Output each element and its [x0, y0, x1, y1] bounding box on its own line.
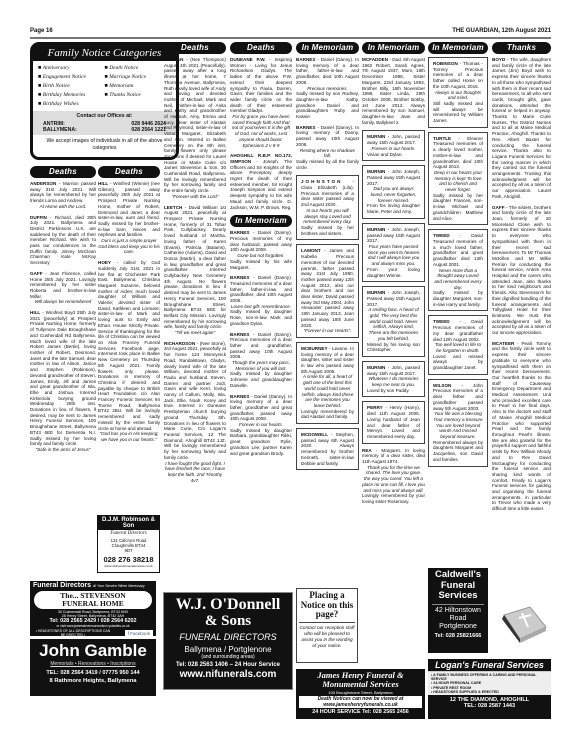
notice-text: - Margaret. In loving memory of a dear s… [362, 448, 425, 464]
notice-signoff: Sadly missed by daughter Barbara, grandd… [230, 428, 292, 456]
notice-name: TURTLE [433, 136, 451, 141]
stevenson-funeral-ad: Funeral Directors At Your Service When N… [30, 581, 156, 636]
notice-signoff: Still sadly missed and will always be re… [433, 101, 483, 123]
notice: BOYD - The wife, daughters and family ci… [492, 57, 551, 200]
notice-name: MURNIN [367, 227, 385, 232]
notice: MURNIN - John Joseph, passed away 15th A… [362, 223, 425, 282]
notice: REA - Margaret. In loving memory of a de… [362, 448, 425, 505]
notice: GAFF - The sisters, brothers and family … [492, 205, 551, 336]
header-rule [30, 37, 551, 39]
notice-signoff: Sadly missed by her daughter Frances, so… [433, 193, 483, 221]
section-heading-deaths: Deaths [230, 42, 292, 54]
notice-verse: Resting where no shadows fall. [296, 148, 359, 159]
notice-text: - Stephen, passed away 6th August 2020. … [301, 432, 354, 466]
notice: MCFADDEN - Dad, 6th August 1962 Robert, … [362, 57, 425, 125]
notice-text: - Henry (Harry), died 11th August 2005. … [367, 405, 420, 439]
ad-phone: TEL: 028 2564 3419 / 07775 950 144 [30, 670, 156, 676]
notice-signoff: Loved and missed always by granddaughter… [433, 354, 483, 370]
category-item: Anniversary [38, 65, 105, 71]
notice-verse: Too well loved in life to be forgotten i… [433, 342, 483, 353]
newspaper-page: Page 16 THE GUARDIAN, 12th August 2021 F… [30, 28, 551, 678]
deaths-column-3: Deaths JORDAN - (Nee Thompson) August 4t… [164, 42, 226, 587]
notice: BARNES - Daniel (Danny). Treasured memor… [230, 275, 292, 326]
notice: MURNIN - John, passed away 15th August 2… [362, 130, 425, 161]
notice-verse: Thank you for the time we shared. The lo… [362, 465, 425, 494]
notice-text: - The sisters, brothers and family circl… [492, 205, 551, 335]
john-gamble-ad: John Gamble Memorials • Renovations • In… [30, 639, 156, 696]
notice-verse: "Forever in our Hearts". [301, 328, 354, 334]
notice-text: - (Nee Stone), 3rd August 2021, peaceful… [164, 341, 226, 460]
ad-title: Services [432, 591, 484, 605]
notice-name: BARNES [230, 275, 249, 280]
category-item: Death Notice [105, 65, 172, 71]
notice-verse: Though the years may pass, Memories of y… [230, 360, 292, 371]
ad-website: www.nifunerals.com [164, 669, 292, 680]
notice-signoff: Missed by his loving son Christopher. [367, 342, 420, 353]
section-heading-deaths: Deaths [30, 166, 96, 178]
notice-verse: Always in our thoughts and mind. [433, 90, 483, 101]
notice-name: MURNIN [367, 169, 385, 174]
notice-name: HILL [98, 181, 108, 186]
notice-name: MURNIN [367, 365, 385, 370]
ad-services: Memorials • Renovations • Inscriptions [30, 661, 156, 667]
notice-name: HOEY [98, 260, 111, 265]
memoriam-column-5: In Memoriam BARNES - Daniel (Danny). In … [296, 42, 359, 587]
ad-tagline: At Your Service When Necessary [93, 584, 145, 588]
notice-name: MURNIN [367, 290, 385, 295]
notice-text: - Inspiring Women - Living for Jesus Ric… [230, 57, 292, 113]
ad-website: www.jameshenryfunerals.co.uk [299, 702, 422, 708]
odonnell-funeral-ad: W.J. O'Donnell & Sons FUNERAL DIRECTORS … [163, 592, 293, 690]
notice: HOEY - called by God suddenly July 31st,… [98, 260, 160, 443]
ad-title: Monumental Services [296, 680, 425, 689]
notice-verse: Dad you are always loved, never forgotte… [367, 186, 420, 203]
section-heading-memoriam: In Memoriam [362, 42, 425, 54]
ad-address: Portglenone [428, 623, 488, 631]
notice-verse: Four years have passed since you went to… [367, 244, 420, 267]
notice-verse: "God has you in His keeping; we have you… [98, 431, 160, 442]
ad-address: Road [428, 615, 488, 623]
section-heading-deaths: Deaths [98, 166, 160, 178]
notice: MCDOWELL - Stephen, passed away 6th Augu… [296, 428, 359, 470]
ad-note: • HEADSTONES OF ALL DESCRIPTIONS CAN BE … [33, 629, 113, 636]
notice-name: GAFF [492, 205, 505, 210]
bible-icon [500, 605, 550, 645]
notice-name: BARNES [230, 332, 249, 337]
ad-phone: Tel: 028 25821666 [428, 633, 488, 639]
notice: MURNIN - John, passed away 15th August 2… [362, 361, 425, 398]
caldwell-funeral-ad: Caldwell's Funeral Services 42 Hiltonsto… [428, 568, 488, 653]
notice-name: PERRY [367, 405, 383, 410]
notice-name: ROBINSON [433, 61, 458, 66]
notice-name: MCDOWELL [301, 432, 328, 437]
ad-website: www.robinsonsfuneralservices.co.uk [98, 564, 159, 568]
notice: MCATEER - Pearl. Tommy and the family ci… [492, 341, 551, 512]
notice-verse: "Safe in the arms of Jesus" [30, 447, 96, 453]
notice-signoff: Loved by son Paddy. [367, 388, 410, 393]
publication-date: THE GUARDIAN, 12th August 2021 [452, 28, 551, 34]
notice-name: HILL [30, 310, 40, 315]
notice-verse: Will always be remembered [30, 299, 96, 305]
notice: LAMONT - James and Isabella Precious mem… [296, 244, 359, 338]
ad-phone: 24 HOUR SERVICE Tel: 028 2565 2456 [296, 709, 425, 715]
notice-verse: In our hearts you will always stay Loved… [301, 208, 354, 225]
notice-name: BOYD [492, 57, 505, 62]
notice-name: BARNES [296, 125, 315, 130]
notice: ROBINSON - Thomas - Tommy Precious memor… [428, 57, 488, 128]
notice-text: - called by God suddenly July 31st, 2021… [98, 260, 160, 430]
notice: BARNES - Daniel (Danny). In loving memor… [230, 394, 292, 457]
placing-text: Contact our reception staff who will be … [299, 625, 355, 649]
notice: GAFF - Jean Florence, called Home 25th J… [30, 271, 96, 305]
family-notice-categories: Family Notice Categories Anniversary Dea… [30, 42, 179, 160]
ad-title: John Gamble [30, 641, 156, 661]
notice-text: - James and Isabella Precious memories o… [301, 248, 354, 327]
notice-text: - Dad, 6th August 1962 Robert, Sarah Agn… [362, 57, 425, 125]
notice-name: MCATEER [492, 341, 514, 346]
notice-text: - Eleanor Treasured memories of a dearly… [433, 136, 483, 170]
notice-verse: A smiling face, A heart of gold, The ver… [367, 307, 420, 341]
placing-notice-box: Placing a Notice on this page? Contact o… [296, 588, 358, 663]
ad-title: D.J.M. Robinson & Son [98, 516, 159, 530]
notice-signoff: From his loving daughter Marie, Peter an… [367, 203, 420, 214]
ad-service-list: • A FAMILY BUSINESS OFFERING A CARING AN… [428, 672, 551, 695]
notice-signoff: From your loving daughter Winnie. [367, 267, 420, 278]
notice-name: JORDAN [164, 57, 183, 62]
ad-name-line: FUNERAL HOME [34, 600, 152, 608]
contact-offices: Contact our Offices at: ANTRIM:028 9446 … [33, 111, 176, 135]
notice-name: MCFADDEN [362, 57, 388, 62]
deaths-column-1: Deaths ANDERSON - Marrion passed away 31… [30, 166, 96, 458]
category-item: Birth Notice [38, 83, 105, 89]
notice-signoff: Remembered always by daughters Margaret … [433, 440, 483, 462]
notice-verse: For by grace you have been saved through… [230, 114, 292, 148]
notice: WILSON - John Precious memories of a dea… [428, 379, 488, 467]
notice: DUFFIN - Richard, died 30th July 2021. B… [30, 215, 96, 266]
notice-text: - David William 1st August 2021, peacefu… [164, 205, 226, 330]
notice-signoff: Sadly missed by all the family circle. [296, 159, 359, 170]
notice: ANDERSON - Marrion passed away 31st July… [30, 181, 96, 210]
notice: LEETCH - David William 1st August 2021, … [164, 205, 226, 336]
category-item: Birthday Memories [38, 92, 105, 98]
ad-address: 42 Hiltonstown [428, 607, 488, 615]
notice: BARNES - Daniel (Danny). Precious memori… [230, 230, 292, 270]
notice: AHOGHILL R.B.P. NO.173. SIMPSON - Joseph… [230, 153, 292, 210]
category-item: Thanks Notice [105, 92, 172, 98]
notice-verse: Whatever I do memories keep me near to y… [367, 376, 420, 387]
contact-title: Contact our Offices at: [43, 113, 166, 119]
notice-name: JOHNSTON [301, 179, 342, 184]
notice: TURTLE - Eleanor Treasured memories of a… [428, 132, 488, 226]
notice-name: DUFFIN [30, 215, 47, 220]
page-number: Page 16 [30, 28, 53, 34]
facebook-label: Facebook [130, 631, 150, 636]
notice-name: LEETCH [164, 205, 182, 210]
notice-signoff: Sadly missed by her brothers and sisters… [301, 225, 354, 236]
accept-images-note: We accept images of individuals in all o… [38, 138, 171, 151]
notice-name: TWEED [433, 233, 450, 238]
notice-verse: I have fought the good fight, I have fin… [164, 461, 226, 484]
ad-phone: 028 276 38218 [98, 555, 159, 564]
ad-banner: Funeral Directors [33, 582, 91, 589]
notice: BARNES - Daniel (Danny). Precious memori… [230, 332, 292, 389]
notice-signoff: Sadly missed by daughter Margaret, son-i… [433, 290, 483, 306]
notice: JORDAN - (Nee Thompson) August 4th 2021 … [164, 57, 226, 200]
notice-name: REA [362, 448, 372, 453]
notice-text: - Joseph. The Officers and Sir Knights o… [230, 159, 292, 210]
thanks-column: Thanks BOYD - The wife, daughters and fa… [492, 42, 551, 572]
notice-name: MCBURNEY [301, 346, 328, 351]
notice-signoff: Lovingly remembered by your loving siste… [362, 493, 425, 504]
deaths-memoriam-column-4: Deaths DUNEANE P.W. - Inspiring Women - … [230, 42, 292, 587]
notice-signoff: Sadly missed by his wife Margaret. [230, 259, 292, 270]
notice: RICHARDSON - (Nee Stone), 3rd August 202… [164, 341, 226, 484]
memoriam-column-7: In Memoriam ROBINSON - Thomas - Tommy Pr… [428, 42, 488, 562]
notice-name: GAFF [30, 271, 43, 276]
ad-title: W.J. O'Donnell [164, 596, 292, 613]
notice-text: - Richard, died 30th July 2021. Ballymen… [30, 215, 96, 266]
notice: MURNIN - John Joseph, Passed away 15th A… [362, 165, 425, 219]
section-heading-deaths: Deaths [164, 42, 226, 54]
notice-name: ANDERSON [30, 181, 56, 186]
robinson-funeral-ad: D.J.M. Robinson & Son Funeral Directors … [97, 515, 160, 573]
ad-address: 8 Rathmore Heights, Ballymena [30, 678, 156, 684]
notice-name: DUNEANE P.W. [230, 57, 266, 62]
notice-signoff: Lovingly remembered by dad Alastair and … [301, 409, 354, 420]
notice-name: TWEED [433, 319, 450, 324]
notice: PERRY - Henry (Harry), died 11th August … [362, 401, 425, 443]
notice: BARNES - Daniel (Danny). In loving memor… [296, 57, 359, 120]
notice-signoff: Sadly missed by son Rodney, daughter-in-… [296, 91, 359, 119]
notice: HILL - Winifred (Winnie) (nee Gibson), p… [98, 181, 160, 255]
ad-subtitle: FUNERAL DIRECTORS [164, 632, 292, 642]
categories-title: Family Notice Categories [33, 45, 176, 61]
notice-verse: Deep in our hearts your memory is kept T… [433, 170, 483, 193]
ad-area-note: (and surrounding areas) [164, 654, 292, 660]
notice: HILL - Winifred Boyd 25th July 2021 (pea… [30, 310, 96, 453]
notice-signoff: Vivian and Dylan. [367, 152, 403, 157]
notice-verse: At Home with the Lord. [30, 204, 96, 210]
notice-text: - Pearl. Tommy and the family circle wis… [492, 341, 551, 511]
notice: JOHNSTON - Clara Elizabeth (Lila). Preci… [296, 175, 359, 240]
notice-verse: Your life was a blessing Your memory a t… [433, 411, 483, 440]
memoriam-column-6: In Memoriam MCFADDEN - Dad, 6th August 1… [362, 42, 425, 590]
notice-signoff: Sadly missed by daughter Johnene and gra… [230, 371, 292, 387]
category-item: Engagement Notice [38, 74, 105, 80]
ad-area: Ballymena / Portglenone [164, 645, 292, 654]
notice-signoff: Sadly missed by daughter Rose, son-in-la… [230, 309, 292, 325]
notice-name: MURNIN [367, 134, 385, 139]
notice-text: - David Treasured memories of a much lov… [433, 233, 483, 267]
notice: MCBURNEY - Leanne. In loving memory of a… [296, 342, 359, 424]
notice-name: LAMONT [301, 248, 321, 253]
category-item: Memoriam [105, 83, 172, 89]
ad-title: Caldwell's [428, 570, 488, 581]
logan-funeral-ad: Logan's Funeral Services • A FAMILY BUSI… [428, 659, 551, 719]
notice-name: BARNES [230, 230, 249, 235]
service-point: • A FAMILY BUSINESS OFFERING A CARING AN… [431, 673, 548, 681]
notice: DUNEANE P.W. - Inspiring Women - Living … [230, 57, 292, 148]
office-name: BALLYMENA: [43, 127, 77, 133]
notice-verse: "Till we meet again" [164, 330, 226, 336]
page-header: Page 16 THE GUARDIAN, 12th August 2021 [30, 28, 551, 36]
ad-title: Logan's Funeral Services [428, 660, 551, 672]
ad-address: 131 Calcrum Road Cloughmills BT44 9DT [98, 536, 159, 555]
james-henry-funeral-ad: James Henry Funeral & Monumental Service… [296, 669, 425, 719]
section-heading-thanks: Thanks [492, 42, 551, 54]
notice-name: BARNES [296, 57, 315, 62]
service-point: • HEADSTONES SUPPLIED & ERECTED [431, 690, 548, 694]
notice-verse: Never more than a thought away Loved and… [433, 268, 483, 291]
notice: TWEED - David Treasured memories of a mu… [428, 229, 488, 311]
ad-phone: TEL: 028 2587 1443 [428, 703, 551, 709]
notice-name: WILSON [433, 383, 451, 388]
notice-verse: A smile for all, a heart of gold one of … [301, 374, 354, 408]
facebook-badge: f Facebook [125, 630, 153, 637]
ad-title: & Sons [164, 613, 292, 629]
notice-text: - Winifred Boyd 25th July 2021 (peaceful… [30, 310, 96, 446]
office-phone: 028 2564 1221 [131, 127, 166, 133]
deaths-column-2: Deaths HILL - Winifred (Winnie) (nee Gib… [98, 166, 160, 566]
notice-name: RICHARDSON [164, 341, 195, 346]
category-item: Birthday Wishes [38, 101, 105, 107]
notice-name: BARNES [230, 394, 249, 399]
notice: TWEED - David Precious memories of my de… [428, 315, 488, 374]
notice-text: - The wife, daughters and family circle … [492, 57, 551, 199]
section-heading-memoriam: In Memoriam [428, 42, 488, 54]
section-heading-memoriam: In Memoriam [230, 215, 292, 227]
notice-verse: Ours is just a simple prayer God bless a… [98, 238, 160, 255]
notice: MURNIN - John Joseph, Passed away 15th A… [362, 286, 425, 357]
notice-verse: "Forever with the Lord" [164, 194, 226, 200]
notice: BARNES - Daniel (Danny). In loving memor… [296, 125, 359, 171]
category-item: Marriage Notice [105, 74, 172, 80]
placing-title: Placing a Notice on this page? [299, 591, 355, 623]
ad-address: 100 Broughshane Street, Ballymena [296, 690, 425, 695]
notice-text: - (Nee Thompson) August 4th 2021 (Peacef… [164, 57, 226, 193]
ad-phone: Tel: 028 2563 1406 – 24 Hour Service [164, 662, 292, 668]
notice-text: - Winifred (Winnie) (nee Gibson), passed… [98, 181, 160, 237]
section-heading-memoriam: In Memoriam [296, 42, 359, 54]
categories-list: Anniversary Death Notice Engagement Noti… [38, 65, 171, 107]
